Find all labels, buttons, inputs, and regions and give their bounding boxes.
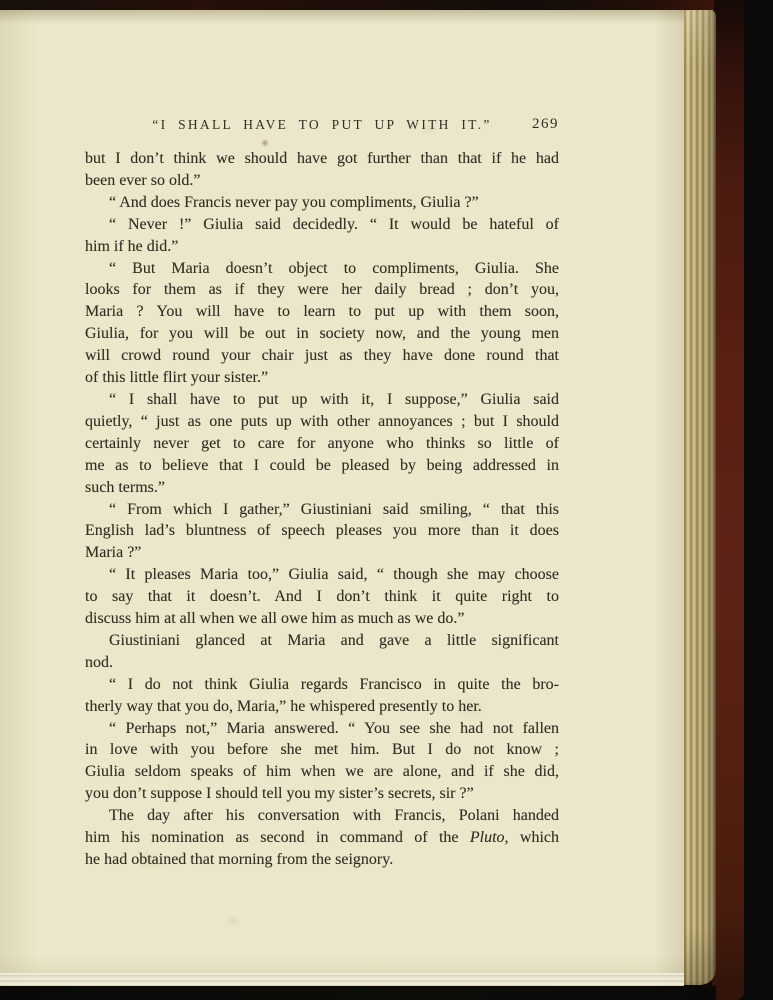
text-segment: “ Never !” Giulia said decidedly. “ It w… <box>109 216 559 233</box>
text-line: you don’t suppose I should tell you my s… <box>85 783 559 805</box>
paragraph: “ And does Francis never pay you complim… <box>85 192 559 214</box>
text-line: “ It pleases Maria too,” Giulia said, “ … <box>85 564 559 586</box>
running-header: “I SHALL HAVE TO PUT UP WITH IT.” 269 <box>85 117 559 135</box>
text-segment: in love with you before she met him. But… <box>85 741 559 758</box>
text-segment: such terms.” <box>85 479 165 496</box>
text-segment: Giustiniani glanced at Maria and gave a … <box>109 632 559 649</box>
text-line: “ Perhaps not,” Maria answered. “ You se… <box>85 718 559 740</box>
text-line: “ And does Francis never pay you complim… <box>85 192 559 214</box>
text-line: him his nomination as second in command … <box>85 827 559 849</box>
text-line: of this little flirt your sister.” <box>85 367 559 389</box>
text-line: Maria ?” <box>85 542 559 564</box>
text-segment: therly way that you do, Maria,” he whisp… <box>85 698 482 715</box>
text-line: discuss him at all when we all owe him a… <box>85 608 559 630</box>
paragraph: “ From which I gather,” Giustiniani said… <box>85 499 559 565</box>
text-line: English lad’s bluntness of speech please… <box>85 520 559 542</box>
text-segment: quietly, “ just as one puts up with othe… <box>85 413 559 430</box>
paragraph: but I don’t think we should have got fur… <box>85 148 559 192</box>
text-segment: me as to believe that I could be pleased… <box>85 457 559 474</box>
paragraph: “ I shall have to put up with it, I supp… <box>85 389 559 499</box>
text-segment: him his nomination as second in command … <box>85 829 470 846</box>
text-line: but I don’t think we should have got fur… <box>85 148 559 170</box>
paragraph: Giustiniani glanced at Maria and gave a … <box>85 630 559 674</box>
page-number: 269 <box>532 116 559 133</box>
book-fore-edge-pages <box>682 8 716 985</box>
text-line: been ever so old.” <box>85 170 559 192</box>
paragraph: “ But Maria doesn’t object to compliment… <box>85 258 559 389</box>
book-cover-right <box>712 0 744 1000</box>
bottom-page-edges <box>0 973 684 987</box>
text-line: such terms.” <box>85 477 559 499</box>
paragraph: “ I do not think Giulia regards Francisc… <box>85 674 559 718</box>
text-segment: will crowd round your chair just as they… <box>85 347 559 364</box>
text-segment: you don’t suppose I should tell you my s… <box>85 785 474 802</box>
text-segment: him if he did.” <box>85 238 178 255</box>
text-line: Giulia, for you will be out in society n… <box>85 323 559 345</box>
text-line: me as to believe that I could be pleased… <box>85 455 559 477</box>
paragraph: “ Never !” Giulia said decidedly. “ It w… <box>85 214 559 258</box>
italic-text: Pluto <box>470 829 505 846</box>
text-segment: “ And does Francis never pay you complim… <box>109 194 479 211</box>
text-segment: Maria ?” <box>85 544 141 561</box>
text-line: “ But Maria doesn’t object to compliment… <box>85 258 559 280</box>
text-line: nod. <box>85 652 559 674</box>
text-segment: of this little flirt your sister.” <box>85 369 268 386</box>
text-segment: “ Perhaps not,” Maria answered. “ You se… <box>109 720 559 737</box>
text-line: him if he did.” <box>85 236 559 258</box>
text-line: Giustiniani glanced at Maria and gave a … <box>85 630 559 652</box>
text-segment: he had obtained that morning from the se… <box>85 851 393 868</box>
text-segment: “ I shall have to put up with it, I supp… <box>109 391 559 408</box>
text-segment: “ It pleases Maria too,” Giulia said, “ … <box>109 566 559 583</box>
text-segment: Giulia, for you will be out in society n… <box>85 325 559 342</box>
text-line: “ From which I gather,” Giustiniani said… <box>85 499 559 521</box>
running-header-title: “I SHALL HAVE TO PUT UP WITH IT.” <box>152 117 491 133</box>
text-line: “ Never !” Giulia said decidedly. “ It w… <box>85 214 559 236</box>
text-line: in love with you before she met him. But… <box>85 739 559 761</box>
text-segment: but I don’t think we should have got fur… <box>85 150 559 167</box>
text-line: Giulia seldom speaks of him when we are … <box>85 761 559 783</box>
paragraph: “ Perhaps not,” Maria answered. “ You se… <box>85 718 559 806</box>
text-segment: “ But Maria doesn’t object to compliment… <box>109 260 559 277</box>
scanned-book-photo: “I SHALL HAVE TO PUT UP WITH IT.” 269 bu… <box>0 0 773 1000</box>
text-segment: , which <box>505 829 559 846</box>
book-page: “I SHALL HAVE TO PUT UP WITH IT.” 269 bu… <box>0 9 684 987</box>
paragraph: The day after his conversation with Fran… <box>85 805 559 871</box>
text-segment: looks for them as if they were her daily… <box>85 281 559 298</box>
text-segment: to say that it doesn’t. And I don’t thin… <box>85 588 559 605</box>
text-line: quietly, “ just as one puts up with othe… <box>85 411 559 433</box>
text-segment: Giulia seldom speaks of him when we are … <box>85 763 559 780</box>
text-line: “ I shall have to put up with it, I supp… <box>85 389 559 411</box>
text-line: to say that it doesn’t. And I don’t thin… <box>85 586 559 608</box>
text-segment: Maria ? You will have to learn to put up… <box>85 303 559 320</box>
text-segment: nod. <box>85 654 113 671</box>
text-line: The day after his conversation with Fran… <box>85 805 559 827</box>
text-segment: “ I do not think Giulia regards Francisc… <box>109 676 559 693</box>
text-segment: English lad’s bluntness of speech please… <box>85 522 559 539</box>
bottom-shadow-edge <box>0 986 716 1000</box>
text-segment: certainly never get to care for anyone w… <box>85 435 559 452</box>
text-line: “ I do not think Giulia regards Francisc… <box>85 674 559 696</box>
text-segment: “ From which I gather,” Giustiniani said… <box>109 501 559 518</box>
top-shadow-edge <box>0 0 714 10</box>
text-segment: The day after his conversation with Fran… <box>109 807 559 824</box>
paragraph: “ It pleases Maria too,” Giulia said, “ … <box>85 564 559 630</box>
text-line: he had obtained that morning from the se… <box>85 849 559 871</box>
text-segment: been ever so old.” <box>85 172 201 189</box>
page-body: but I don’t think we should have got fur… <box>85 148 559 871</box>
text-line: therly way that you do, Maria,” he whisp… <box>85 696 559 718</box>
text-line: Maria ? You will have to learn to put up… <box>85 301 559 323</box>
text-segment: discuss him at all when we all owe him a… <box>85 610 464 627</box>
text-line: certainly never get to care for anyone w… <box>85 433 559 455</box>
text-line: looks for them as if they were her daily… <box>85 279 559 301</box>
text-line: will crowd round your chair just as they… <box>85 345 559 367</box>
